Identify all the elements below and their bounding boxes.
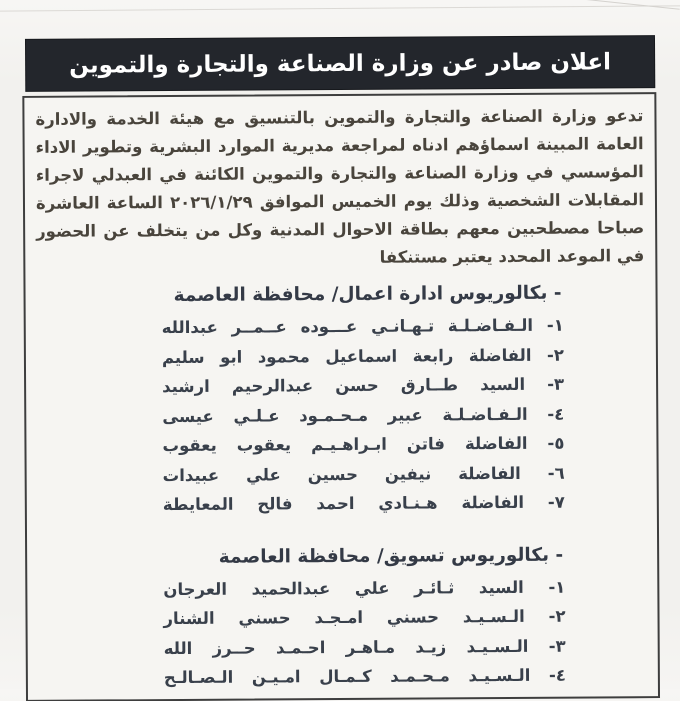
list-item: ٢- الفاضلة رابعة اسماعيل محمود ابو سليم xyxy=(162,340,564,372)
list-item: ٣- الـسـيـد زيـد مـاهـر احـمـد حــرز الل… xyxy=(164,631,566,663)
list-item: ٤- الـسـيـد مـحـمـد كـمـال امـيـن الـصـا… xyxy=(164,661,566,689)
list-item: ٤- الـفـاضـلـة عبير مـحـمـود عـلـي عيسى xyxy=(162,399,564,431)
list-item: ٢- الـسـيـد حسني امـجـد حسني الشنار xyxy=(163,602,565,634)
list-item: ١- السيد ثـائـر علي عبدالحميد العرجان xyxy=(163,572,565,604)
announcement-title-bar: اعلان صادر عن وزارة الصناعة والتجارة وال… xyxy=(26,36,654,91)
section-heading-business-admin: - بكالوريوس ادارة اعمال/ محافظة العاصمة xyxy=(161,283,561,306)
list-item: ٥- الفاضلة فاتن ابـراهـيـم يعقوب يعقوب xyxy=(162,429,564,461)
section-marketing: - بكالوريوس تسويق/ محافظة العاصمة ١- الس… xyxy=(163,544,566,689)
list-item: ٧- الفاضلة هـنـادي احمد فالح المعايطة xyxy=(163,488,565,520)
section-heading-marketing: - بكالوريوس تسويق/ محافظة العاصمة xyxy=(163,544,563,567)
section-business-admin: - بكالوريوس ادارة اعمال/ محافظة العاصمة … xyxy=(161,283,564,520)
list-item: ١- الـفـاضـلـة تـهـانـي عـــوده عــمــر … xyxy=(162,311,564,343)
intro-paragraph: تدعو وزارة الصناعة والتجارة والتموين بال… xyxy=(35,102,644,274)
list-item: ٣- السيد طــارق حسن عبدالرحيم ارشيد xyxy=(162,370,564,402)
list-item: ٦- الفاضلة نيفين حسين علي عبيدات xyxy=(163,458,565,490)
announcement-document: اعلان صادر عن وزارة الصناعة والتجارة وال… xyxy=(22,36,660,689)
announcement-title: اعلان صادر عن وزارة الصناعة والتجارة وال… xyxy=(69,49,611,78)
scan-artifact-line xyxy=(0,5,680,11)
announcement-body: تدعو وزارة الصناعة والتجارة والتموين بال… xyxy=(22,92,660,689)
